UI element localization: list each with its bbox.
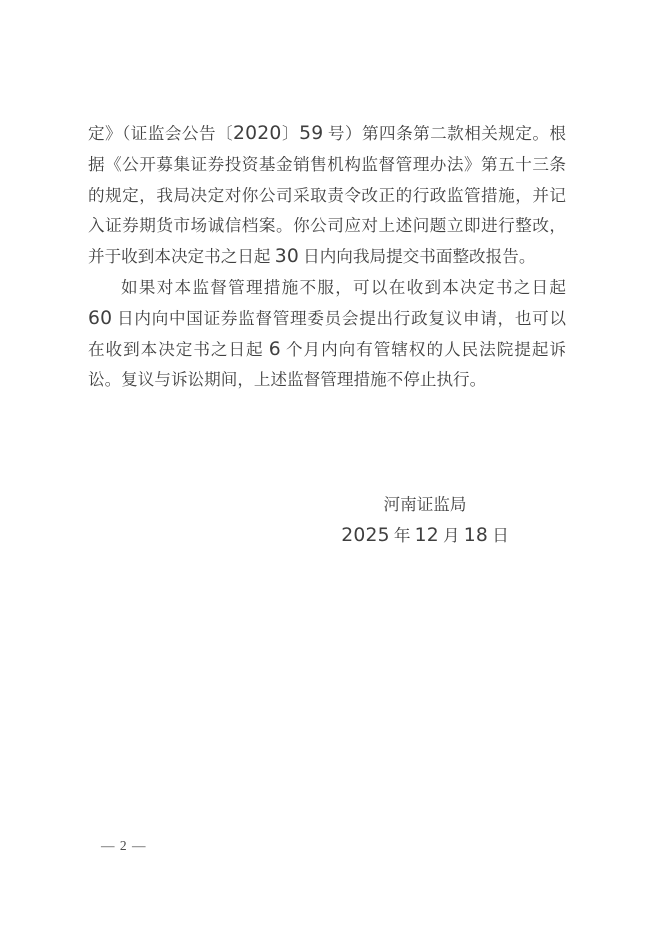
body-text-line: 并于收到本决定书之日起 30 日内向我局提交书面整改报告。 [88,242,566,273]
body-text-line: 如果对本监督管理措施不服，可以在收到本决定书之日起 [88,273,566,304]
numeral: 18 [464,525,488,546]
document-body: 定》（证监会公告〔2020〕59 号）第四条第二款相关规定。根据《公开募集证券投… [88,119,566,396]
numeral: 59 [299,123,323,144]
body-text-line: 讼。复议与诉讼期间，上述监督管理措施不停止执行。 [88,365,566,396]
body-text-line: 定》（证监会公告〔2020〕59 号）第四条第二款相关规定。根 [88,119,566,150]
numeral: 30 [275,246,299,267]
numeral: 12 [415,525,439,546]
body-text-line: 入证券期货市场诚信档案。你公司应对上述问题立即进行整改， [88,211,566,242]
numeral: 2025 [341,525,390,546]
body-text-line: 60 日内向中国证券监督管理委员会提出行政复议申请，也可以 [88,304,566,335]
signature-block: 河南证监局 2025 年 12 月 18 日 [300,490,550,552]
body-text-line: 据《公开募集证券投资基金销售机构监督管理办法》第五十三条 [88,150,566,181]
numeral: 6 [269,339,281,360]
body-text-line: 在收到本决定书之日起 6 个月内向有管辖权的人民法院提起诉 [88,335,566,366]
page-number: — 2 — [101,836,147,856]
numeral: 2020 [233,123,282,144]
signature-date: 2025 年 12 月 18 日 [300,521,550,552]
signature-issuer: 河南证监局 [300,490,550,521]
document-page: 定》（证监会公告〔2020〕59 号）第四条第二款相关规定。根据《公开募集证券投… [0,0,660,933]
numeral: 60 [88,308,112,329]
body-text-line: 的规定，我局决定对你公司采取责令改正的行政监管措施，并记 [88,181,566,212]
